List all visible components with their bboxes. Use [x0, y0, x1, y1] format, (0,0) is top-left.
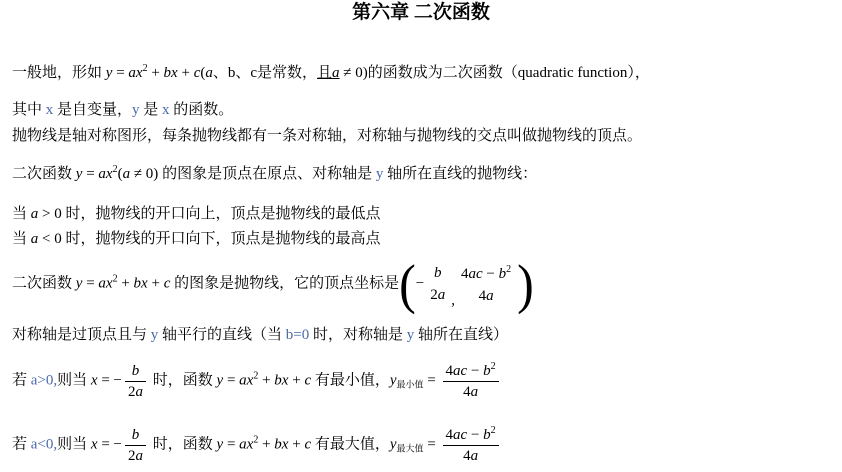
text-run: x [91, 372, 98, 388]
parabola-symmetry-line: 抛物线是轴对称图形，每条抛物线都有一条对称轴，对称轴与抛物线的交点叫做抛物线的顶… [12, 124, 830, 148]
text-run: a [205, 65, 213, 81]
text-run: bx [274, 372, 288, 388]
text-run: 的函数。 [170, 102, 234, 118]
text-run: 2 [506, 264, 511, 275]
fraction: b2a [427, 264, 448, 304]
text-run: ) [517, 252, 534, 316]
fraction: 4ac − b24a [458, 264, 514, 305]
text-run: ax [239, 372, 253, 388]
fraction-denominator: 2a [125, 382, 146, 401]
text-run: = [223, 372, 239, 388]
text-run: ac [453, 363, 467, 379]
fraction: 4ac − b24a [443, 361, 499, 401]
text-run: 、b、c是常数， [213, 65, 317, 81]
fraction-denominator: 4a [458, 287, 514, 305]
definition-line-2: 其中 x 是自变量，y 是 x 的函数。 [12, 98, 830, 122]
text-run: = [82, 166, 98, 182]
text-run: bx [134, 275, 148, 291]
text-run: = [223, 436, 239, 452]
text-run: 若 [12, 372, 31, 388]
fraction-numerator: b [125, 426, 146, 446]
text-run: ac [453, 427, 467, 443]
text-run: 有最大值， [311, 436, 390, 452]
fraction-denominator: 2a [427, 286, 448, 304]
text-run: 是自变量， [53, 102, 132, 118]
text-run: 时，抛物线的开口向上，顶点是抛物线的最低点 [65, 206, 380, 222]
text-run: < 0 [38, 231, 65, 247]
text-run: a [136, 448, 144, 464]
text-run: = − [98, 372, 122, 388]
text-run: ac [469, 266, 483, 282]
text-run: 的图象是抛物线，它的顶点坐标是 [170, 275, 399, 291]
fraction-denominator: 4a [443, 382, 499, 401]
text-run: b [132, 363, 140, 379]
text-run: 则当 [57, 436, 91, 452]
text-run: 2 [128, 448, 136, 464]
text-run: ax [98, 275, 112, 291]
text-run: = [424, 436, 440, 452]
fraction-numerator: b [125, 362, 146, 382]
text-run: a [123, 166, 131, 182]
text-run: + [288, 436, 304, 452]
text-run: a<0, [31, 436, 57, 452]
text-run: − [467, 363, 483, 379]
text-run: 2 [430, 287, 438, 303]
text-run: 4 [479, 288, 487, 304]
text-run: b [483, 427, 491, 443]
text-run: 当 [12, 206, 31, 222]
chapter-title: 第六章 二次函数 [12, 1, 830, 25]
text-run: ax [239, 436, 253, 452]
text-run: ax [128, 65, 142, 81]
text-run: + [258, 436, 274, 452]
text-run: 的函数成为二次函数（ [368, 65, 518, 81]
text-run: + [148, 65, 164, 81]
text-run: − [467, 427, 483, 443]
text-run: 4 [463, 448, 471, 464]
fraction: 4ac − b24a [443, 425, 499, 465]
symmetry-axis-line: 对称轴是过顶点且与 y 轴平行的直线（当 b=0 时，对称轴是 y 轴所在直线） [12, 323, 830, 347]
text-run: − [416, 275, 424, 291]
vertex-coordinates-line: 二次函数 y = ax2 + bx + c 的图象是抛物线，它的顶点坐标是(−b… [12, 255, 830, 313]
text-run: ( [399, 252, 416, 316]
text-run: 其中 [12, 102, 46, 118]
text-run: = [424, 372, 440, 388]
fraction-denominator: 2a [125, 446, 146, 465]
text-run: − [483, 266, 499, 282]
text-run: 的图象是顶点在原点、对称轴是 [158, 166, 376, 182]
text-run: ≠ 0) [340, 65, 368, 81]
text-run: 2 [491, 361, 496, 372]
fraction-numerator: 4ac − b2 [443, 361, 499, 382]
text-run: 轴平行的直线（当 [158, 327, 286, 343]
text-run: 对称轴是过顶点且与 [12, 327, 151, 343]
text-run: + [148, 275, 164, 291]
text-run: 当 [12, 231, 31, 247]
text-run: b=0 [286, 327, 309, 343]
text-run: 时，函数 [149, 372, 217, 388]
text-run: 2 [491, 425, 496, 436]
text-run: ）， [627, 65, 650, 81]
text-run: a [471, 448, 479, 464]
text-run: 时，抛物线的开口向下，顶点是抛物线的最高点 [65, 231, 380, 247]
text-run: = − [98, 436, 122, 452]
text-run: > 0 [38, 206, 65, 222]
text-run: y [390, 372, 397, 388]
text-run: 4 [446, 363, 454, 379]
maximum-value-line: 若 a<0,则当 x = −b2a 时，函数 y = ax2 + bx + c … [12, 425, 830, 465]
text-run: ax [98, 166, 112, 182]
fraction-numerator: b [427, 264, 448, 286]
text-run: 4 [446, 427, 454, 443]
text-run: 一般地，形如 [12, 65, 106, 81]
text-run: 轴所在直线） [414, 327, 508, 343]
fraction: b2a [125, 426, 146, 465]
text-run: quadratic function [518, 65, 628, 81]
text-run: 最大值 [397, 443, 424, 453]
text-run: y [132, 102, 140, 118]
text-run: 轴所在直线的抛物线： [383, 166, 537, 182]
text-run: 且 [317, 65, 332, 81]
text-run: 最小值 [397, 379, 424, 389]
text-run: b [434, 265, 442, 281]
minimum-value-line: 若 a>0,则当 x = −b2a 时，函数 y = ax2 + bx + c … [12, 361, 830, 401]
text-run: 则当 [57, 372, 91, 388]
text-run: a [438, 287, 446, 303]
text-run: 抛物线是轴对称图形，每条抛物线都有一条对称轴，对称轴与抛物线的交点叫做抛物线的顶… [12, 128, 642, 144]
text-run: a [471, 384, 479, 400]
text-run: 4 [463, 384, 471, 400]
a-positive-line: 当 a > 0 时，抛物线的开口向上，顶点是抛物线的最低点 [12, 202, 830, 226]
text-run: 有最小值， [311, 372, 390, 388]
text-run: 2 [128, 384, 136, 400]
y-equals-ax2-line: 二次函数 y = ax2(a ≠ 0) 的图象是顶点在原点、对称轴是 y 轴所在… [12, 158, 830, 186]
text-run: 二次函数 [12, 166, 76, 182]
text-run: ≠ 0) [130, 166, 158, 182]
text-run: , [451, 292, 455, 308]
text-run: 是 [140, 102, 163, 118]
fraction-numerator: 4ac − b2 [458, 264, 514, 287]
definition-line-1: 一般地，形如 y = ax2 + bx + c(a、b、c是常数，且a ≠ 0)… [12, 57, 830, 85]
text-run: + [258, 372, 274, 388]
text-run: x [91, 436, 98, 452]
text-run: y [390, 436, 397, 452]
text-run: a [486, 288, 494, 304]
text-run: + [288, 372, 304, 388]
fraction-numerator: 4ac − b2 [443, 425, 499, 446]
text-run: x [162, 102, 170, 118]
text-run: 若 [12, 436, 31, 452]
text-run: 时，对称轴是 [309, 327, 407, 343]
document-page: 第六章 二次函数 一般地，形如 y = ax2 + bx + c(a、b、c是常… [0, 1, 842, 465]
text-run: b [132, 427, 140, 443]
text-run: 4 [461, 266, 469, 282]
text-run: a [332, 65, 340, 81]
text-run: b [483, 363, 491, 379]
fraction-denominator: 4a [443, 446, 499, 465]
text-run: + [118, 275, 134, 291]
fraction: b2a [125, 362, 146, 401]
text-run: bx [274, 436, 288, 452]
a-negative-line: 当 a < 0 时，抛物线的开口向下，顶点是抛物线的最高点 [12, 227, 830, 251]
text-run: 二次函数 [12, 275, 76, 291]
text-run: = [112, 65, 128, 81]
text-run: + [178, 65, 194, 81]
text-run: bx [164, 65, 178, 81]
text-run: a [136, 384, 144, 400]
text-run: = [82, 275, 98, 291]
text-run: a>0, [31, 372, 57, 388]
text-run: 时，函数 [149, 436, 217, 452]
